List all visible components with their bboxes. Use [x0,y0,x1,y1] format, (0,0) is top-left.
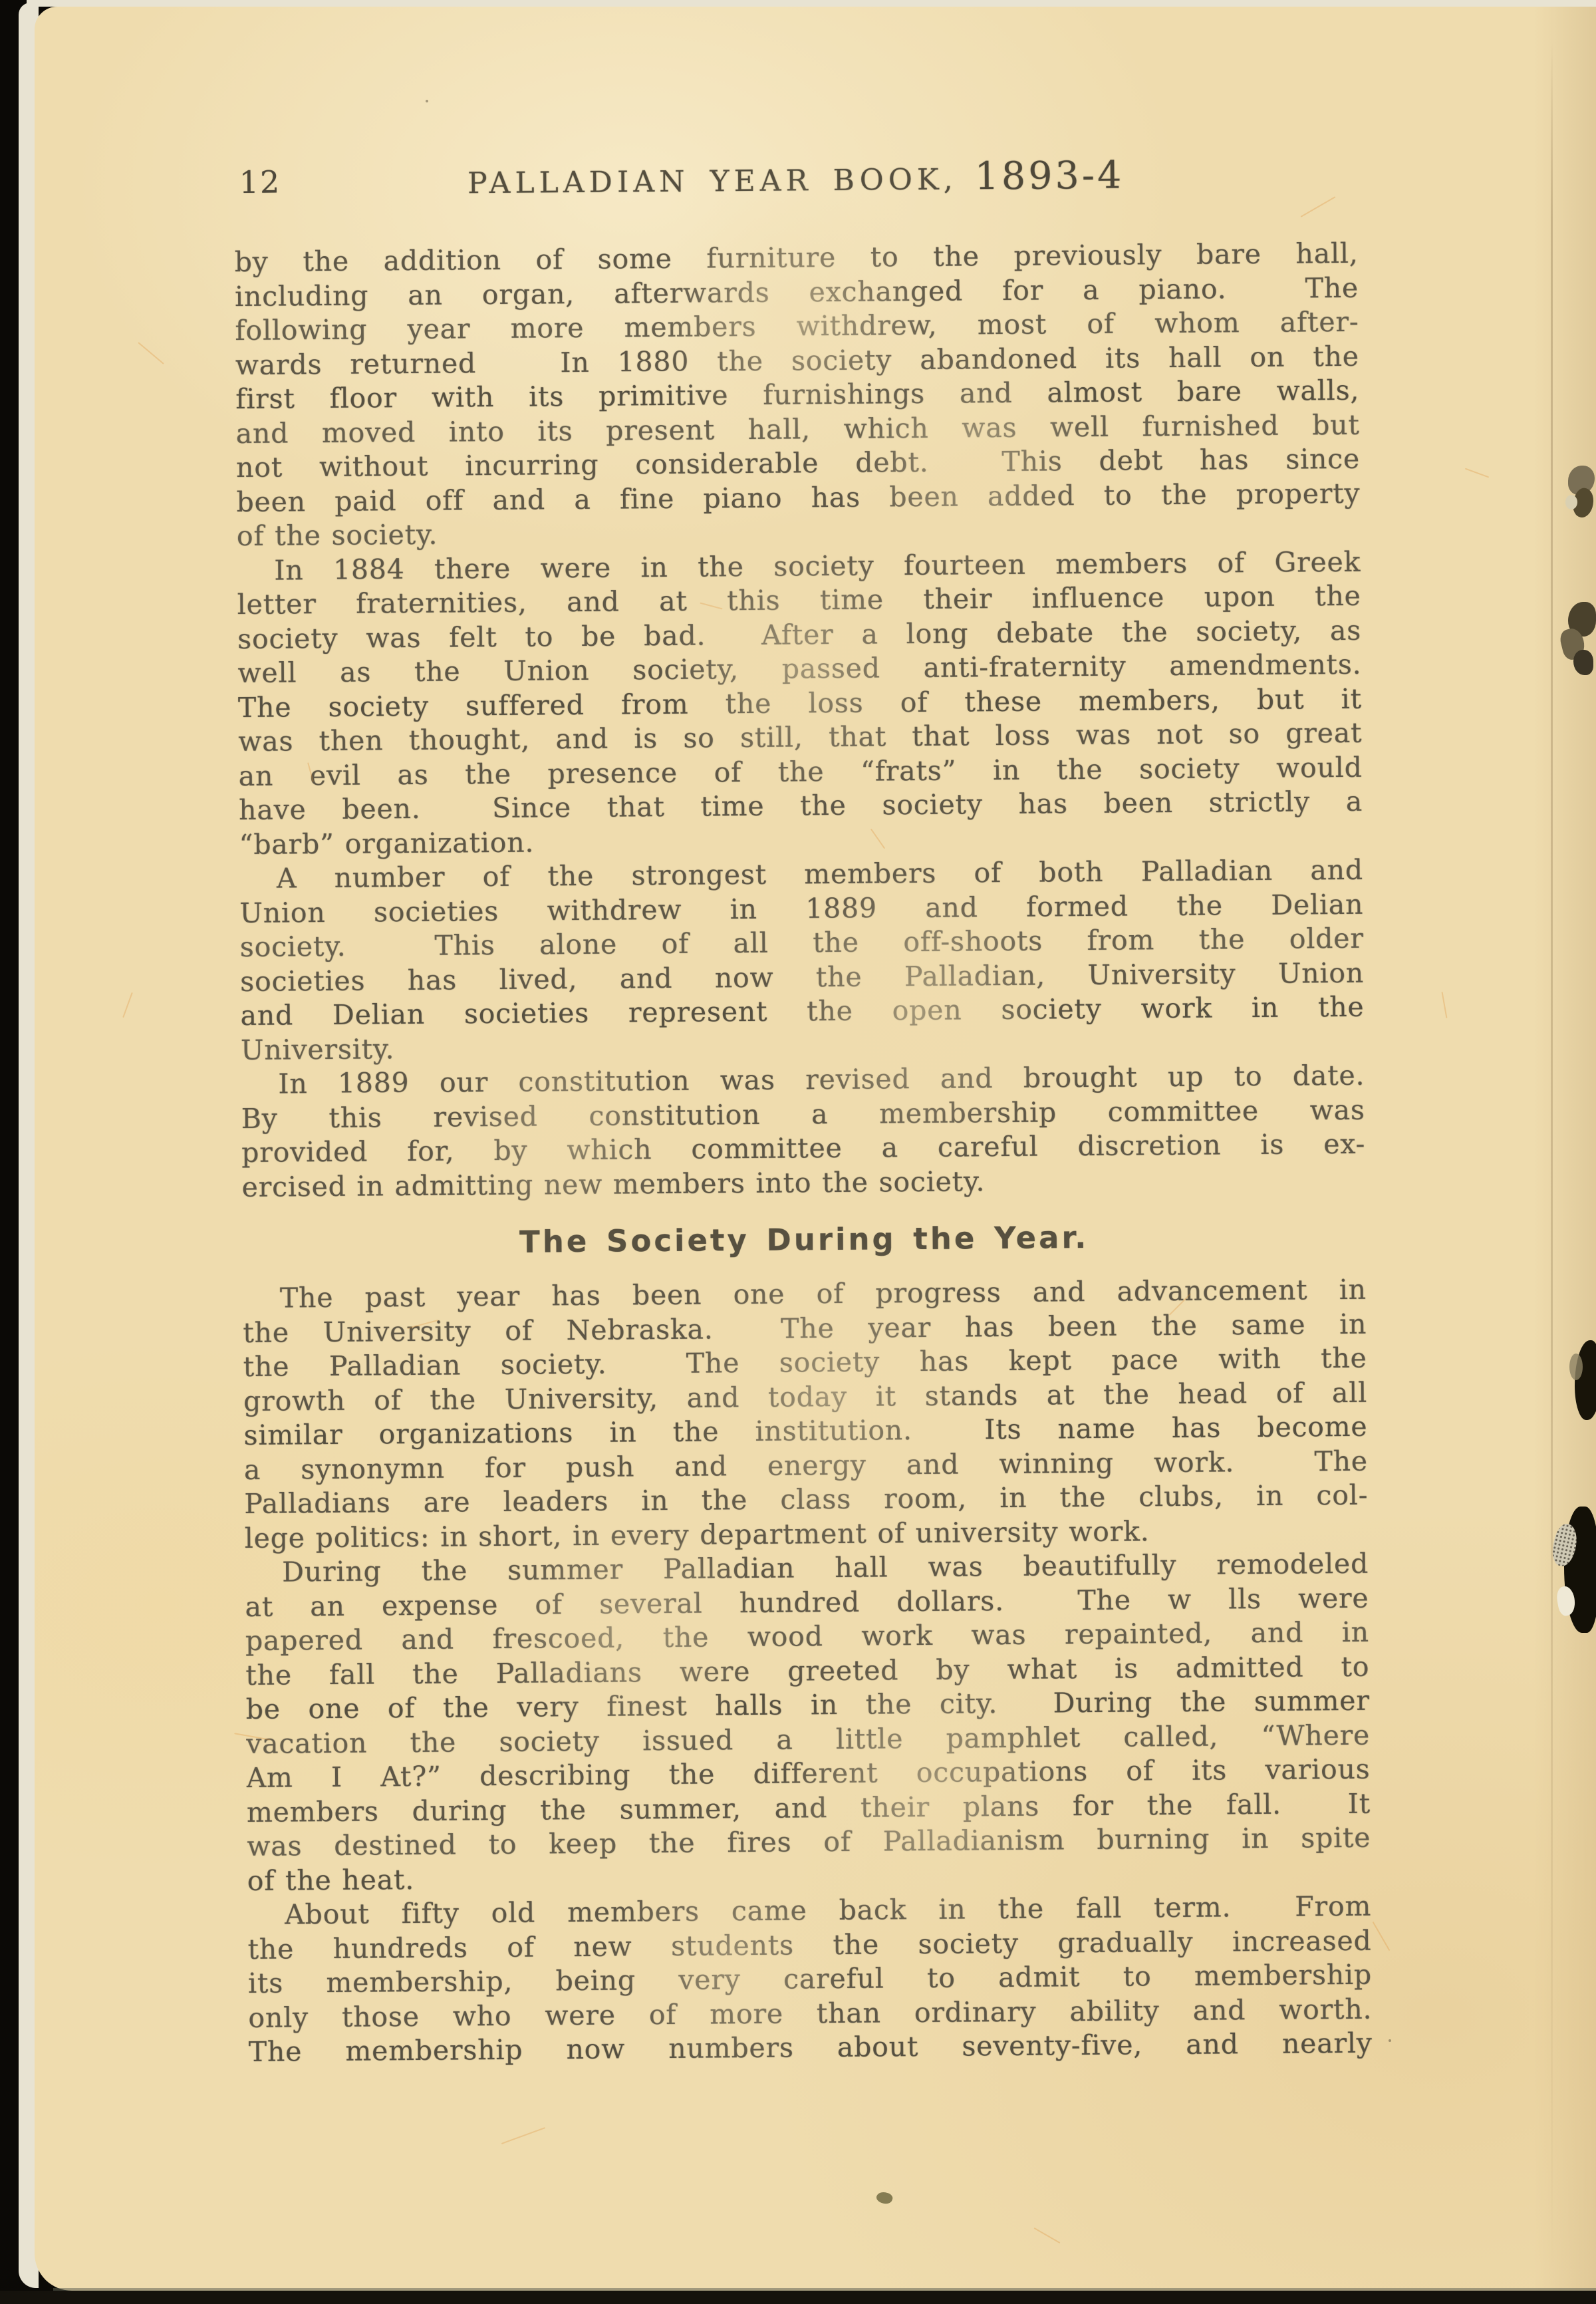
section-heading: The Society During the Year. [242,1219,1366,1262]
running-header: 12 PALLADIAN YEAR BOOK, 1893-4 [233,152,1358,214]
page-edge-crease [1551,40,1553,2275]
header-title: PALLADIAN YEAR BOOK, [467,163,958,201]
book-page: 12 PALLADIAN YEAR BOOK, 1893-4 by the ad… [35,7,1596,2291]
paragraph: In 1884 there were in the society fourte… [237,545,1363,862]
scan-bottom-strip [0,2291,1596,2304]
paragraph: A number of the strongest members of bot… [239,853,1365,1068]
paragraph: About fifty old members came back in the… [247,1890,1373,2070]
paper-speck [633,1242,635,1244]
tear-fragment [1573,650,1593,675]
header-title-wrap: PALLADIAN YEAR BOOK, 1893-4 [233,152,1357,204]
tear-fragment [1569,1354,1583,1380]
text-column: by the addition of some furniture to the… [234,237,1372,2070]
paragraph: During the summer Palladian hall was bea… [245,1547,1371,1898]
tear-fragment [1565,495,1577,509]
paragraph: The past year has been one of progress a… [243,1273,1369,1556]
paper-speck [1389,2039,1391,2042]
tear-fragment [1575,1340,1596,1420]
paper-tear [1569,1340,1596,1427]
book-scan: 12 PALLADIAN YEAR BOOK, 1893-4 by the ad… [0,0,1596,2304]
paper-tear [1564,466,1596,525]
paper-tear [1561,602,1596,678]
header-year: 1893-4 [974,154,1124,199]
paper-tear [1553,1507,1596,1640]
page-content: 12 PALLADIAN YEAR BOOK, 1893-4 by the ad… [33,1,1596,2297]
paragraph: by the addition of some furniture to the… [234,237,1361,554]
paper-speck [426,100,428,102]
paragraph: In 1889 our constitution was revised and… [241,1059,1366,1205]
paper-speck [1132,706,1134,708]
